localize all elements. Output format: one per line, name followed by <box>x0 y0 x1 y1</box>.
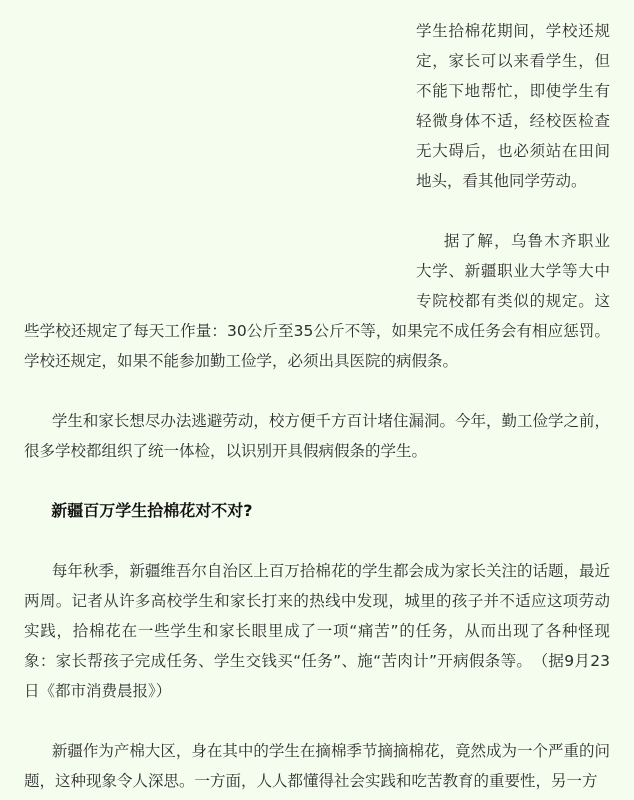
article-page: 学生拾棉花期间，学校还规定，家长可以来看学生，但不能下地帮忙，即使学生有轻微身体… <box>0 0 634 800</box>
paragraph-evasion: 学生和家长想尽办法逃避劳动，校方便千方百计堵住漏洞。今年，勤工俭学之前，很多学校… <box>24 406 610 466</box>
section-heading: 新疆百万学生拾棉花对不对? <box>24 496 610 526</box>
paragraph-reflection: 新疆作为产棉大区，身在其中的学生在摘棉季节摘摘棉花，竟然成为一个严重的问题，这种… <box>24 736 610 796</box>
paragraph-phenomena: 每年秋季，新疆维吾尔自治区上百万拾棉花的学生都会成为家长关注的话题，最近两周。记… <box>24 556 610 706</box>
image-placeholder <box>24 16 416 316</box>
